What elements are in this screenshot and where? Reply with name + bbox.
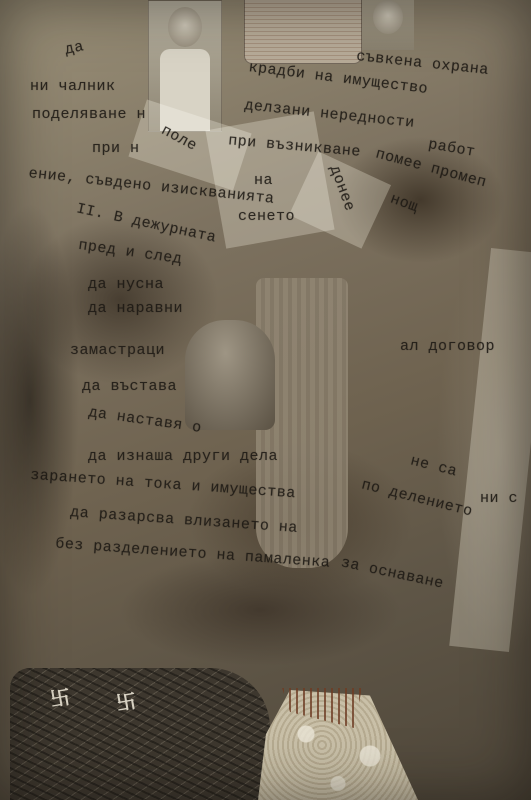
photo-child-portrait-right bbox=[362, 0, 414, 50]
collage-artwork: да ни чалник крадби на имущество съвкена… bbox=[0, 0, 531, 800]
typed-text: за оснаване bbox=[339, 554, 445, 592]
typed-text: нощ bbox=[388, 191, 421, 217]
typed-text: замастраци bbox=[70, 342, 165, 359]
typed-text: дa изнаша други дела bbox=[88, 448, 278, 465]
typed-text: пред и след bbox=[77, 237, 183, 268]
typed-text: ни чалник bbox=[30, 78, 116, 95]
typed-text: да наравни bbox=[88, 300, 183, 317]
typed-text: поделяване н bbox=[32, 106, 146, 123]
handwritten-card bbox=[244, 0, 362, 64]
girl-face bbox=[168, 7, 202, 47]
child-face bbox=[373, 0, 403, 34]
typed-text: работ bbox=[427, 136, 477, 161]
typed-text: да въстава bbox=[82, 378, 177, 395]
typed-text: по делението bbox=[360, 476, 475, 520]
boy-portrait bbox=[185, 320, 275, 430]
typed-text: не са bbox=[409, 453, 459, 481]
torn-paper-edge bbox=[449, 248, 531, 652]
typed-text: ни с bbox=[480, 490, 518, 507]
typed-text: да нусна bbox=[88, 276, 164, 293]
typed-text: ал договор bbox=[400, 338, 495, 355]
typed-text: на bbox=[254, 172, 273, 189]
typed-text: при н bbox=[92, 140, 140, 157]
typed-text: да bbox=[63, 38, 85, 59]
typed-text: сенето bbox=[238, 208, 295, 225]
